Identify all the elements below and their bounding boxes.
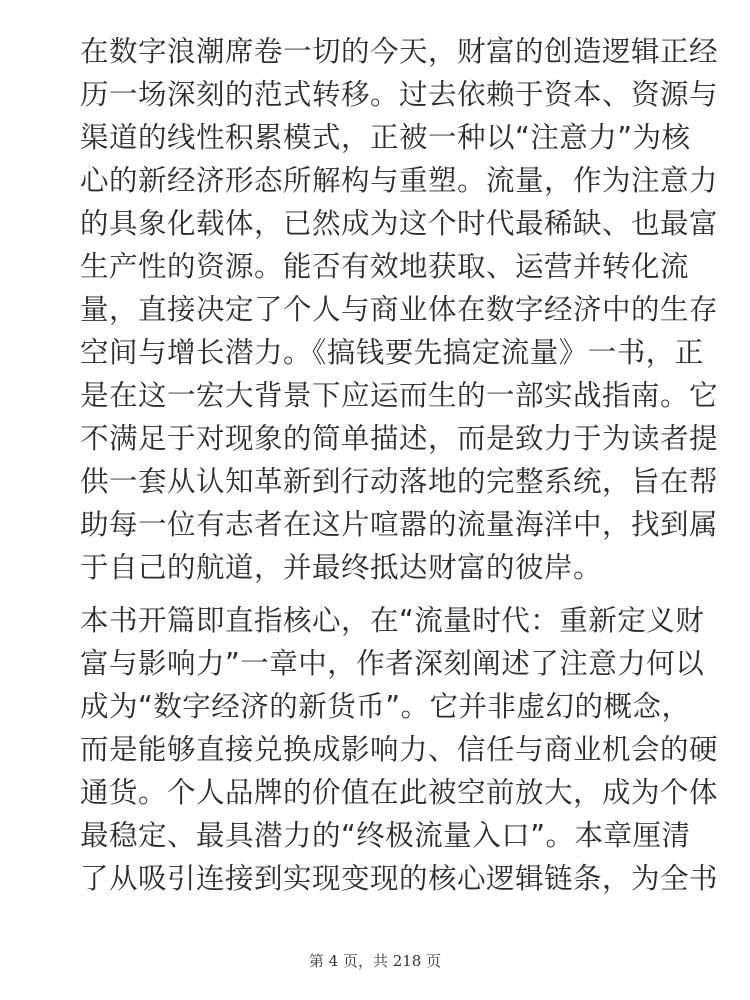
text-line: 供一套从认知革新到行动落地的完整系统，旨在帮 — [80, 460, 692, 503]
text-line: 通货。个人品牌的价值在此被空前放大，成为个体 — [80, 771, 692, 814]
text-line: 渠道的线性积累模式，正被一种以“注意力”为核 — [80, 116, 692, 159]
text-line: 心的新经济形态所解构与重塑。流量，作为注意力 — [80, 159, 692, 202]
page-indicator: 第 4 页，共 218 页 — [0, 950, 750, 971]
text-line: 的具象化载体，已然成为这个时代最稀缺、也最富 — [80, 202, 692, 245]
text-line: 成为“数字经济的新货币”。它并非虚幻的概念， — [80, 685, 692, 728]
text-line: 空间与增长潜力。《搞钱要先搞定流量》一书，正 — [80, 331, 692, 374]
text-line: 历一场深刻的范式转移。过去依赖于资本、资源与 — [80, 73, 692, 116]
text-line: 富与影响力”一章中，作者深刻阐述了注意力何以 — [80, 642, 692, 685]
text-line: 最稳定、最具潜力的“终极流量入口”。本章厘清 — [80, 814, 692, 857]
text-line: 而是能够直接兑换成影响力、信任与商业机会的硬 — [80, 728, 692, 771]
text-line: 本书开篇即直指核心，在“流量时代：重新定义财 — [80, 599, 692, 642]
text-line: 助每一位有志者在这片喧嚣的流量海洋中，找到属 — [80, 503, 692, 546]
text-line: 于自己的航道，并最终抵达财富的彼岸。 — [80, 546, 692, 589]
text-line: 生产性的资源。能否有效地获取、运营并转化流 — [80, 245, 692, 288]
text-line: 是在这一宏大背景下应运而生的一部实战指南。它 — [80, 374, 692, 417]
paragraph-1: 在数字浪潮席卷一切的今天，财富的创造逻辑正经 历一场深刻的范式转移。过去依赖于资… — [80, 30, 692, 589]
text-line: 在数字浪潮席卷一切的今天，财富的创造逻辑正经 — [80, 30, 692, 73]
text-line: 不满足于对现象的简单描述，而是致力于为读者提 — [80, 417, 692, 460]
document-page: 在数字浪潮席卷一切的今天，财富的创造逻辑正经 历一场深刻的范式转移。过去依赖于资… — [80, 30, 692, 900]
text-line: 量，直接决定了个人与商业体在数字经济中的生存 — [80, 288, 692, 331]
paragraph-2: 本书开篇即直指核心，在“流量时代：重新定义财 富与影响力”一章中，作者深刻阐述了… — [80, 599, 692, 900]
text-line: 了从吸引连接到实现变现的核心逻辑链条，为全书 — [80, 857, 692, 900]
